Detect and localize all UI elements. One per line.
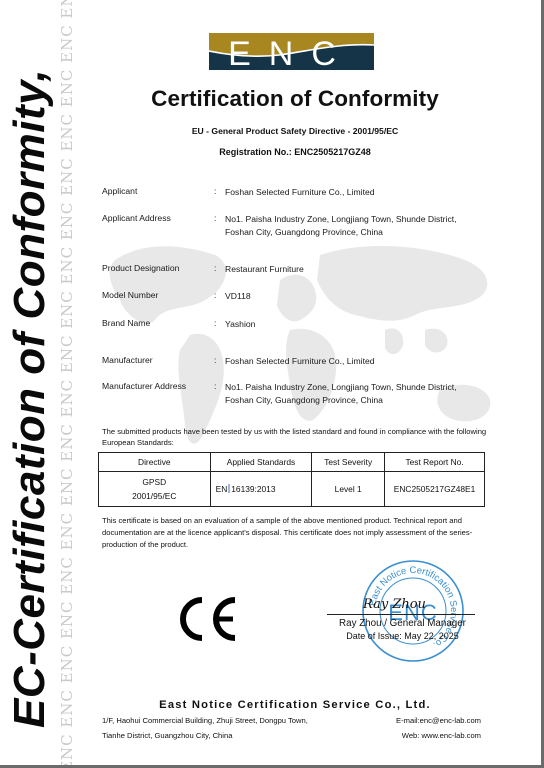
field-value: No1. Paisha Industry Zone, Longjiang Tow… bbox=[225, 213, 457, 239]
field-label: Product Designation bbox=[102, 263, 179, 273]
standard-cell: EN16139:2013 bbox=[210, 472, 312, 507]
column-header: Test Severity bbox=[312, 453, 385, 472]
column-header: Directive bbox=[99, 453, 211, 472]
footer-address-line1: 1/F, Haohui Commercial Building, Zhuji S… bbox=[102, 716, 308, 725]
handwritten-signature: Ray Zhou bbox=[363, 597, 426, 612]
svg-text:ENC: ENC bbox=[228, 35, 354, 70]
field-value: Foshan Selected Furniture Co., Limited bbox=[225, 186, 375, 199]
standards-table: Directive Applied Standards Test Severit… bbox=[98, 452, 485, 507]
directive-cell: GPSD2001/95/EC bbox=[99, 472, 211, 507]
directive-subtitle: EU - General Product Safety Directive - … bbox=[110, 126, 480, 136]
compliance-intro: The submitted products have been tested … bbox=[102, 427, 492, 448]
field-label: Brand Name bbox=[102, 318, 150, 328]
footer-web[interactable]: Web: www.enc-lab.com bbox=[402, 731, 481, 740]
field-value: Yashion bbox=[225, 318, 255, 331]
footer-company-name: East Notice Certification Service Co., L… bbox=[100, 699, 490, 711]
disclaimer-text: This certificate is based on an evaluati… bbox=[102, 515, 492, 551]
table-row: GPSD2001/95/EC EN16139:2013 Level 1 ENC2… bbox=[99, 472, 485, 507]
field-label: Applicant bbox=[102, 186, 137, 196]
ce-mark-icon bbox=[175, 596, 239, 642]
side-enc-watermark: ENC ENC ENC ENC ENC ENC ENC ENC ENC ENC … bbox=[56, 0, 78, 768]
date-of-issue: Date of Issue: May 22, 2025 bbox=[320, 631, 485, 641]
field-label: Manufacturer bbox=[102, 355, 153, 365]
registration-number: Registration No.: ENC2505217GZ48 bbox=[110, 147, 480, 157]
enc-logo: ENC bbox=[209, 33, 374, 70]
field-value: No1. Paisha Industry Zone, Longjiang Tow… bbox=[225, 381, 457, 407]
signature-line bbox=[327, 614, 475, 615]
table-header-row: Directive Applied Standards Test Severit… bbox=[99, 453, 485, 472]
side-banner-title: EC-Certification of Conformity, bbox=[0, 0, 60, 728]
field-value: VD118 bbox=[225, 290, 251, 303]
footer-address-line2: Tianhe District, Guangzhou City, China bbox=[102, 731, 232, 740]
column-header: Applied Standards bbox=[210, 453, 312, 472]
field-label: Applicant Address bbox=[102, 213, 171, 223]
severity-cell: Level 1 bbox=[312, 472, 385, 507]
certificate-title: Certification of Conformity bbox=[110, 86, 480, 112]
report-number-cell: ENC2505217GZ48E1 bbox=[385, 472, 485, 507]
field-label: Manufacturer Address bbox=[102, 381, 186, 391]
field-value: Foshan Selected Furniture Co., Limited bbox=[225, 355, 375, 368]
signer-name-title: Ray Zhou / General Manager bbox=[320, 618, 485, 629]
field-value: Restaurant Furniture bbox=[225, 263, 304, 276]
certificate-page: EC-Certification of Conformity, ENC ENC … bbox=[0, 0, 544, 768]
footer-email[interactable]: E-mail:enc@enc-lab.com bbox=[396, 716, 481, 725]
column-header: Test Report No. bbox=[385, 453, 485, 472]
field-label: Model Number bbox=[102, 290, 158, 300]
text-cursor bbox=[228, 484, 230, 493]
